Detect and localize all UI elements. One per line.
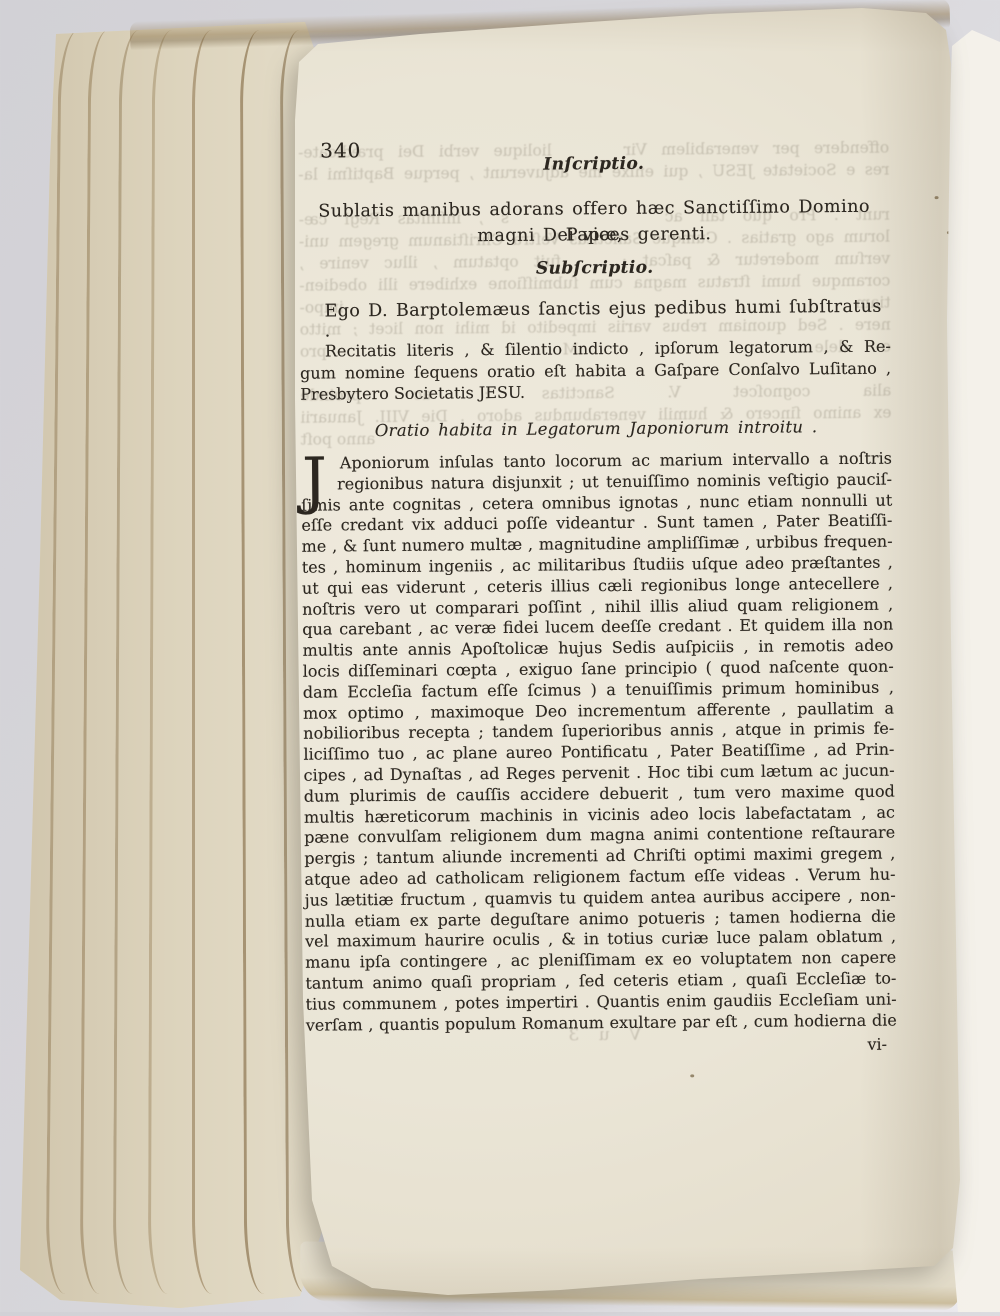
- heading-inscriptio: Inſcriptio.: [298, 152, 889, 177]
- inscription-line: magni Dei vices gerenti.: [299, 220, 890, 251]
- oration-line: verſam , quantis populum Romanum exultar…: [306, 1010, 897, 1036]
- book-photo: offendere per venerabilem Vir liolique v…: [0, 0, 1000, 1312]
- heading-subscriptio: Subſcriptio.: [299, 256, 890, 281]
- inscription-line: Sublatis manibus adorans offero hæc Sanc…: [299, 194, 890, 225]
- oration-heading: Oratio habita in Legatorum Japoniorum in…: [301, 417, 892, 441]
- text-block: 340 Inſcriptio. Sublatis manibus adorans…: [297, 0, 899, 1312]
- intro-paragraph: Recitatis literis , & ſilentio indicto ,…: [300, 336, 892, 406]
- page-content: offendere per venerabilem Vir liolique v…: [0, 0, 1000, 1312]
- page-shadow: offendere per venerabilem Vir liolique v…: [0, 0, 1000, 1312]
- intro-line: Presbytero Societatis JESU.: [300, 379, 891, 406]
- paper-specks: [0, 0, 995, 4]
- subscription-line: Ego D. Barptolemæus ſanctis ejus pedibus…: [299, 297, 890, 342]
- catchword: vi-: [306, 1035, 897, 1059]
- paper-speck: [947, 231, 951, 234]
- paper-speck: [690, 1074, 694, 1077]
- paper-speck: [935, 196, 939, 199]
- oration-paragraph: Aponiorum inſulas tanto locorum ac mariu…: [301, 449, 897, 1036]
- book-page: offendere per venerabilem Vir liolique v…: [0, 0, 1000, 1312]
- inscription-lines: Sublatis manibus adorans offero hæc Sanc…: [299, 194, 890, 251]
